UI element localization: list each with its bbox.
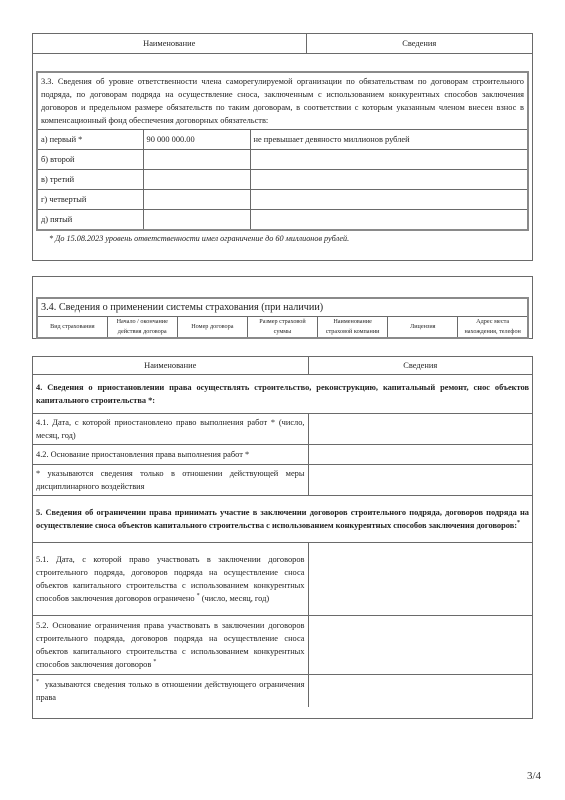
column-contract-period: Начало / окончание действия договора <box>107 317 177 339</box>
section-5-title-text: 5. Сведения об ограничении права принима… <box>36 508 529 530</box>
level-amount: 90 000 000.00 <box>143 130 250 150</box>
row-label: * указываются сведения только в отношени… <box>33 675 308 708</box>
row-value <box>308 675 532 708</box>
row-value <box>308 616 532 675</box>
table-row: г) четвертый <box>37 190 528 210</box>
level-description <box>250 150 528 170</box>
level-label: д) пятый <box>37 210 143 231</box>
page-number: 3/4 <box>527 770 541 782</box>
table-row: * указываются сведения только в отношени… <box>33 465 532 496</box>
section-3-3-title: 3.3. Сведения об уровне ответственности … <box>37 72 528 130</box>
level-label: б) второй <box>37 150 143 170</box>
restrictions-table: Наименование Сведения 4. Сведения о прио… <box>33 357 532 707</box>
level-description <box>250 210 528 231</box>
level-description <box>250 190 528 210</box>
row-value <box>308 543 532 616</box>
footnote-mark: * <box>197 593 200 599</box>
table-row: в) третий <box>37 170 528 190</box>
table-row: 4.2. Основание приостановления права вып… <box>33 445 532 465</box>
column-contract-number: Номер договора <box>177 317 247 339</box>
column-header-name: Наименование <box>33 34 306 54</box>
level-description: не превышает девяносто миллионов рублей <box>250 130 528 150</box>
section-5-title: 5. Сведения об ограничении права принима… <box>33 496 532 543</box>
column-header-info: Сведения <box>306 34 532 54</box>
footnote-mark: * <box>517 520 520 526</box>
column-address: Адрес места нахождения, телефон <box>458 317 528 339</box>
row-label: * указываются сведения только в отношени… <box>33 465 308 496</box>
column-insurer-name: Наименование страховой компании <box>318 317 388 339</box>
table-row: а) первый * 90 000 000.00 не превышает д… <box>37 130 528 150</box>
section-3-4-box: 3.4. Сведения о применении системы страх… <box>32 276 533 339</box>
column-insured-sum: Размер страховой суммы <box>247 317 317 339</box>
table-row: 5.2. Основание ограничения права участво… <box>33 616 532 675</box>
level-amount <box>143 170 250 190</box>
row-label-text: 5.2. Основание ограничения права участво… <box>36 621 305 669</box>
table-row: б) второй <box>37 150 528 170</box>
column-header-info: Сведения <box>308 357 532 375</box>
row-label: 4.2. Основание приостановления права вып… <box>33 445 308 465</box>
level-amount <box>143 210 250 231</box>
level-label: в) третий <box>37 170 143 190</box>
section-4-title: 4. Сведения о приостановлении права осущ… <box>33 375 532 414</box>
table-row: * указываются сведения только в отношени… <box>33 675 532 708</box>
column-insurance-type: Вид страхования <box>37 317 107 339</box>
insurance-columns: Вид страхования Начало / окончание дейст… <box>37 317 528 339</box>
level-label: г) четвертый <box>37 190 143 210</box>
section-3-4-title: 3.4. Сведения о применении системы страх… <box>37 298 528 317</box>
table-header: Наименование Сведения <box>33 34 532 54</box>
table-row: 5.1. Дата, с которой право участвовать в… <box>33 543 532 616</box>
liability-level-table: 3.3. Сведения об уровне ответственности … <box>36 71 529 231</box>
row-value <box>308 414 532 445</box>
sections-4-5-box: Наименование Сведения 4. Сведения о прио… <box>32 356 533 719</box>
footnote-mark: * <box>153 659 156 665</box>
liability-footnote: * До 15.08.2023 уровень ответственности … <box>33 231 532 245</box>
insurance-table: 3.4. Сведения о применении системы страх… <box>36 297 529 339</box>
level-description <box>250 170 528 190</box>
table-row: 4.1. Дата, с которой приостановлено прав… <box>33 414 532 445</box>
row-label: 5.2. Основание ограничения права участво… <box>33 616 308 675</box>
row-value <box>308 465 532 496</box>
row-label: 4.1. Дата, с которой приостановлено прав… <box>33 414 308 445</box>
column-header-name: Наименование <box>33 357 308 375</box>
row-label-text: указываются сведения только в отношении … <box>36 680 305 702</box>
level-amount <box>143 190 250 210</box>
row-label: 5.1. Дата, с которой право участвовать в… <box>33 543 308 616</box>
section-3-3-box: Наименование Сведения 3.3. Сведения об у… <box>32 33 533 261</box>
column-license: Лицензия <box>388 317 458 339</box>
level-amount <box>143 150 250 170</box>
level-label: а) первый * <box>37 130 143 150</box>
table-row: д) пятый <box>37 210 528 231</box>
footnote-mark: * <box>36 679 39 685</box>
row-value <box>308 445 532 465</box>
row-label-tail: (число, месяц, год) <box>202 594 269 603</box>
